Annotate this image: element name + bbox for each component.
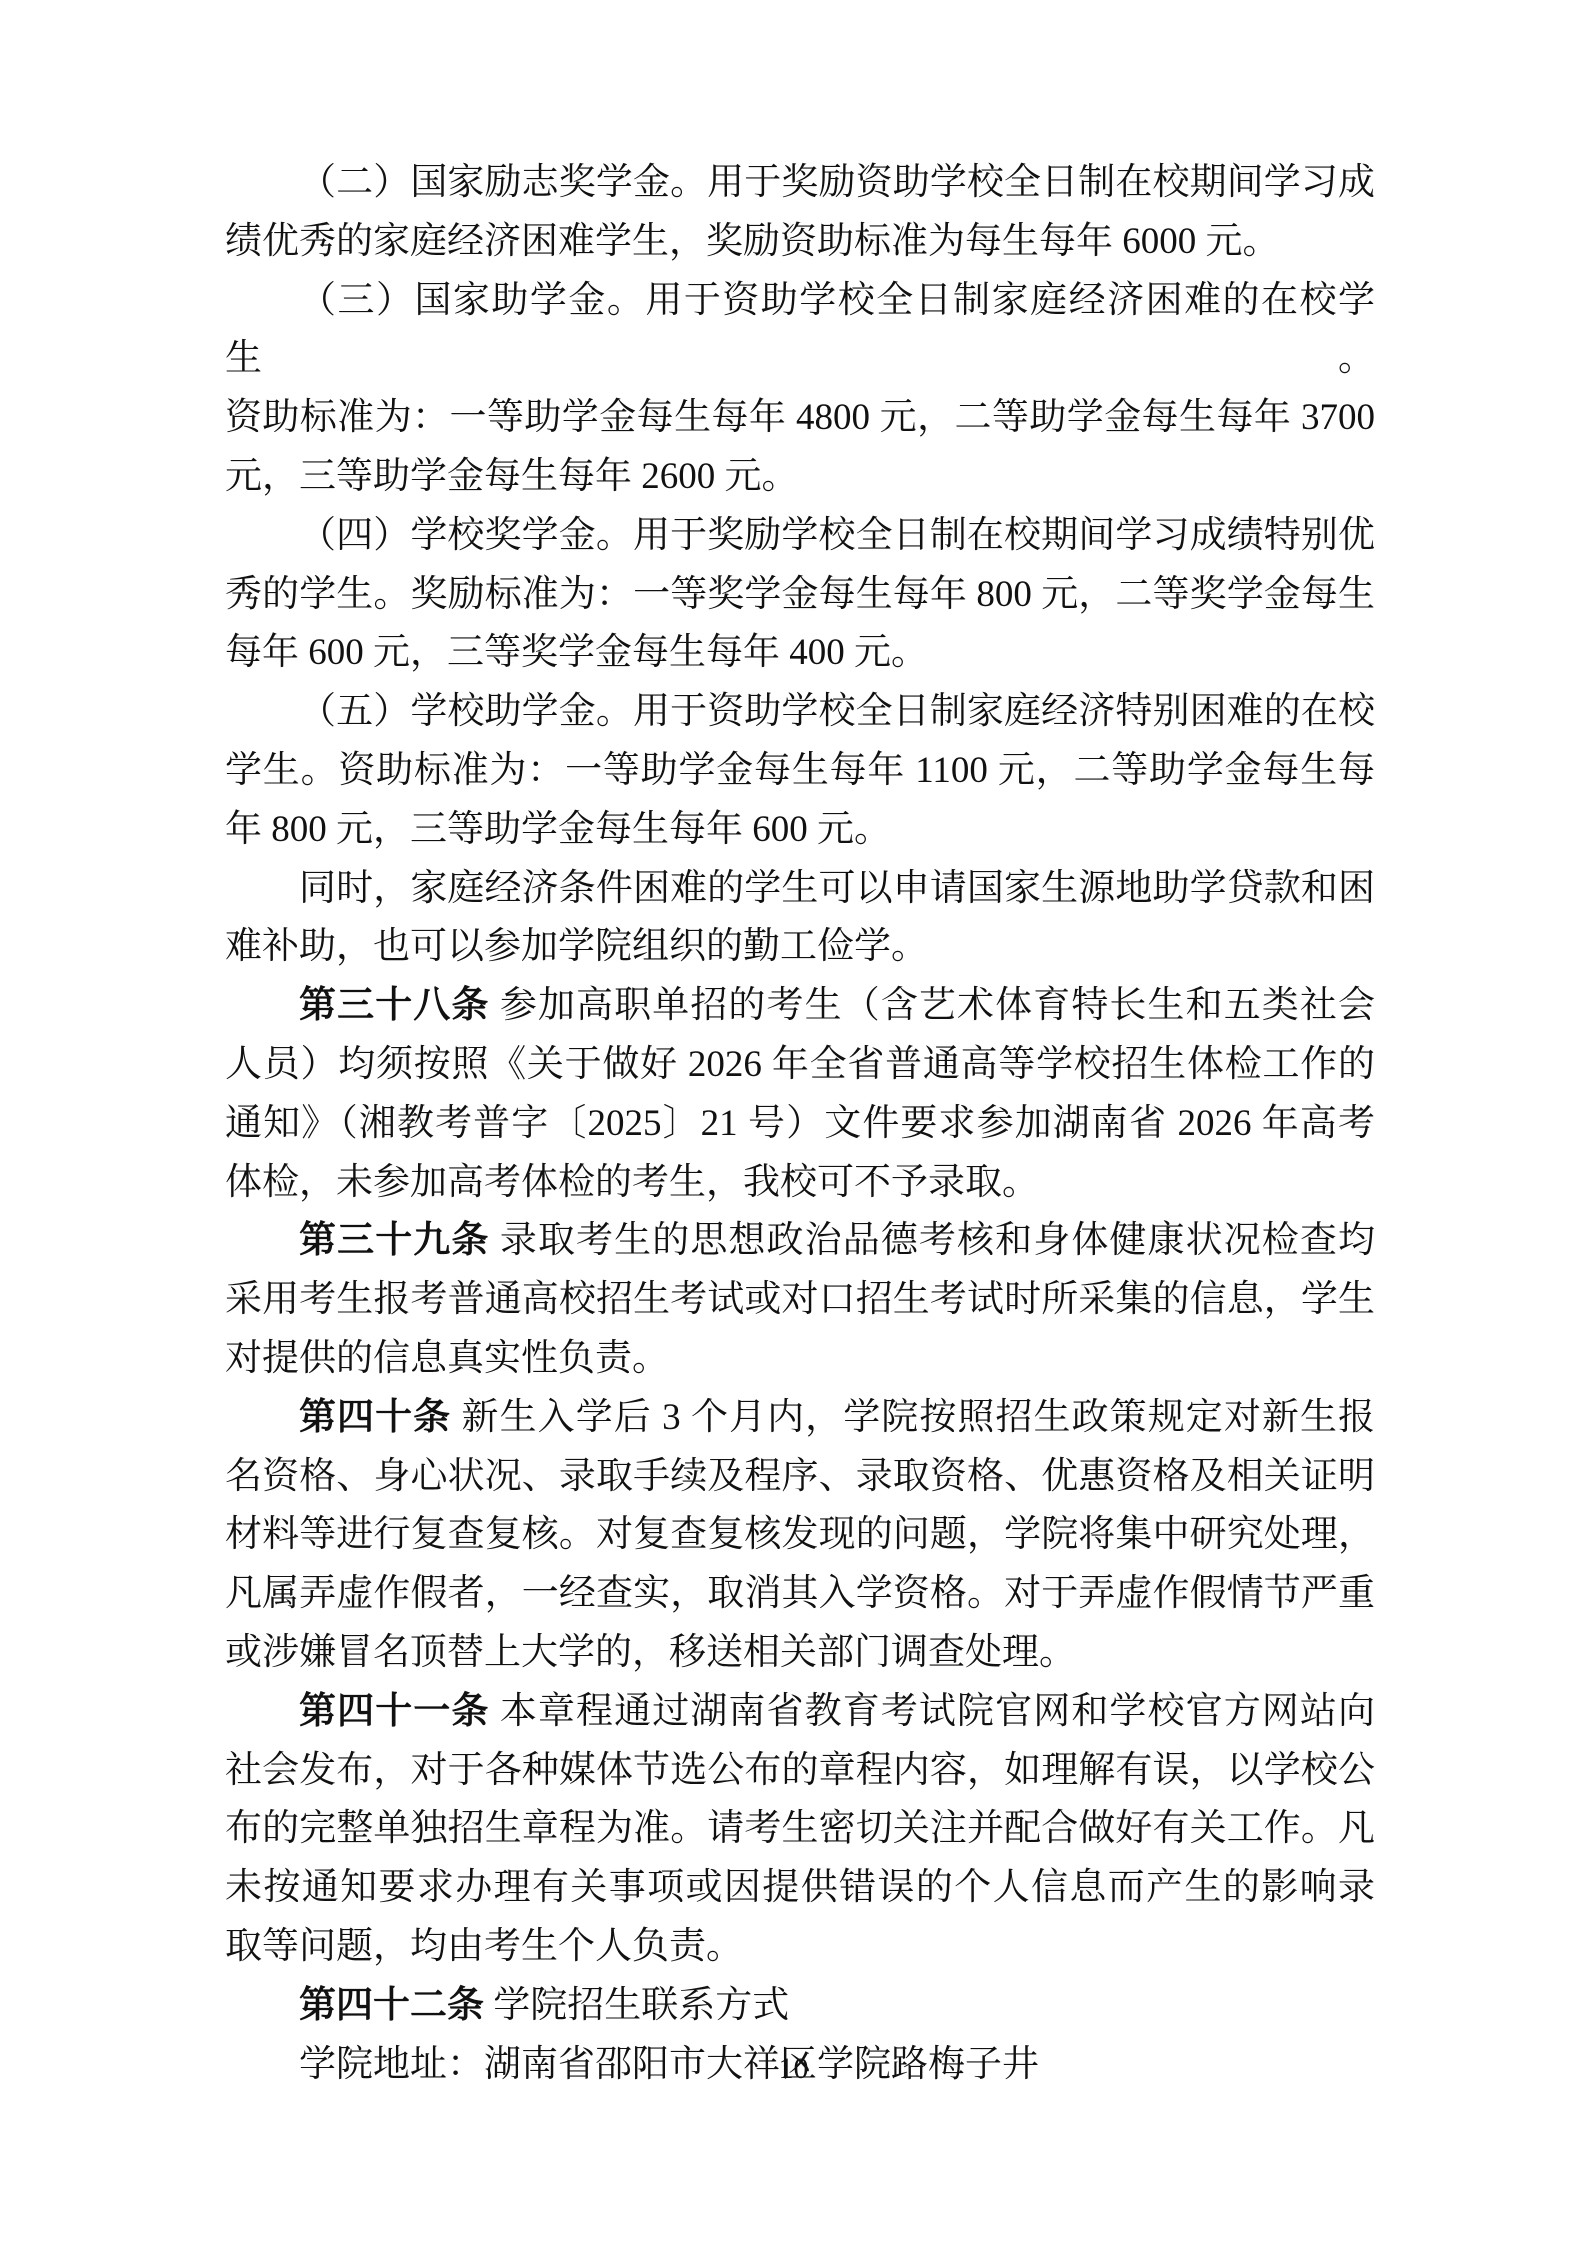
text-line: 社会发布，对于各种媒体节选公布的章程内容，如理解有误，以学校公 [225, 1742, 1375, 1801]
text-line: 通知》（湘教考普字〔2025〕21 号）文件要求参加湖南省 2026 年高考 [225, 1095, 1375, 1154]
document-page: （二）国家励志奖学金。用于奖励资助学校全日制在校期间学习成绩优秀的家庭经济困难学… [0, 0, 1587, 2245]
text-line: 对提供的信息真实性负责。 [225, 1330, 1375, 1389]
text-line: 难补助，也可以参加学院组织的勤工俭学。 [225, 918, 1375, 977]
text-line: 人员）均须按照《关于做好 2026 年全省普通高等学校招生体检工作的 [225, 1036, 1375, 1095]
text-line: （三）国家助学金。用于资助学校全日制家庭经济困难的在校学生。 [225, 272, 1375, 390]
article-number: 第三十九条 [299, 1220, 490, 1261]
text-line: 同时，家庭经济条件困难的学生可以申请国家生源地助学贷款和困 [225, 860, 1375, 919]
article-number: 第四十条 [299, 1397, 451, 1438]
text-line: 每年 600 元，三等奖学金每生每年 400 元。 [225, 624, 1375, 683]
text-line: 名资格、身心状况、录取手续及程序、录取资格、优惠资格及相关证明 [225, 1448, 1375, 1507]
text-line: 第四十条 新生入学后 3 个月内，学院按照招生政策规定对新生报 [225, 1389, 1375, 1448]
article-number: 第四十一条 [299, 1691, 490, 1732]
article-number: 第三十八条 [299, 985, 490, 1026]
text-line: 采用考生报考普通高校招生考试或对口招生考试时所采集的信息，学生 [225, 1271, 1375, 1330]
text-line: （四）学校奖学金。用于奖励学校全日制在校期间学习成绩特别优 [225, 507, 1375, 566]
text-line: 绩优秀的家庭经济困难学生，奖励资助标准为每生每年 6000 元。 [225, 213, 1375, 272]
text-line: 凡属弄虚作假者，一经查实，取消其入学资格。对于弄虚作假情节严重 [225, 1565, 1375, 1624]
text-line: 取等问题，均由考生个人负责。 [225, 1918, 1375, 1977]
text-line: 年 800 元，三等助学金每生每年 600 元。 [225, 801, 1375, 860]
text-line: 布的完整单独招生章程为准。请考生密切关注并配合做好有关工作。凡 [225, 1800, 1375, 1859]
text-line: 第四十一条 本章程通过湖南省教育考试院官网和学校官方网站向 [225, 1683, 1375, 1742]
text-line: 第三十九条 录取考生的思想政治品德考核和身体健康状况检查均 [225, 1212, 1375, 1271]
text-line: 材料等进行复查复核。对复查复核发现的问题，学院将集中研究处理， [225, 1506, 1375, 1565]
text-line: 未按通知要求办理有关事项或因提供错误的个人信息而产生的影响录 [225, 1859, 1375, 1918]
text-line: 元，三等助学金每生每年 2600 元。 [225, 448, 1375, 507]
text-line: 资助标准为：一等助学金每生每年 4800 元，二等助学金每生每年 3700 [225, 389, 1375, 448]
text-line: （二）国家励志奖学金。用于奖励资助学校全日制在校期间学习成 [225, 154, 1375, 213]
text-line: （五）学校助学金。用于资助学校全日制家庭经济特别困难的在校 [225, 683, 1375, 742]
footer-page-number: 10 [0, 2052, 1587, 2086]
text-line: 第四十二条 学院招生联系方式 [225, 1977, 1375, 2036]
article-number: 第四十二条 [299, 1985, 484, 2026]
text-line: 学生。资助标准为：一等助学金每生每年 1100 元，二等助学金每生每 [225, 742, 1375, 801]
text-line: 秀的学生。奖励标准为：一等奖学金每生每年 800 元，二等奖学金每生 [225, 566, 1375, 625]
text-line: 第三十八条 参加高职单招的考生（含艺术体育特长生和五类社会 [225, 977, 1375, 1036]
text-line: 或涉嫌冒名顶替上大学的，移送相关部门调查处理。 [225, 1624, 1375, 1683]
text-line: 体检，未参加高考体检的考生，我校可不予录取。 [225, 1154, 1375, 1213]
document-body: （二）国家励志奖学金。用于奖励资助学校全日制在校期间学习成绩优秀的家庭经济困难学… [225, 154, 1375, 2094]
